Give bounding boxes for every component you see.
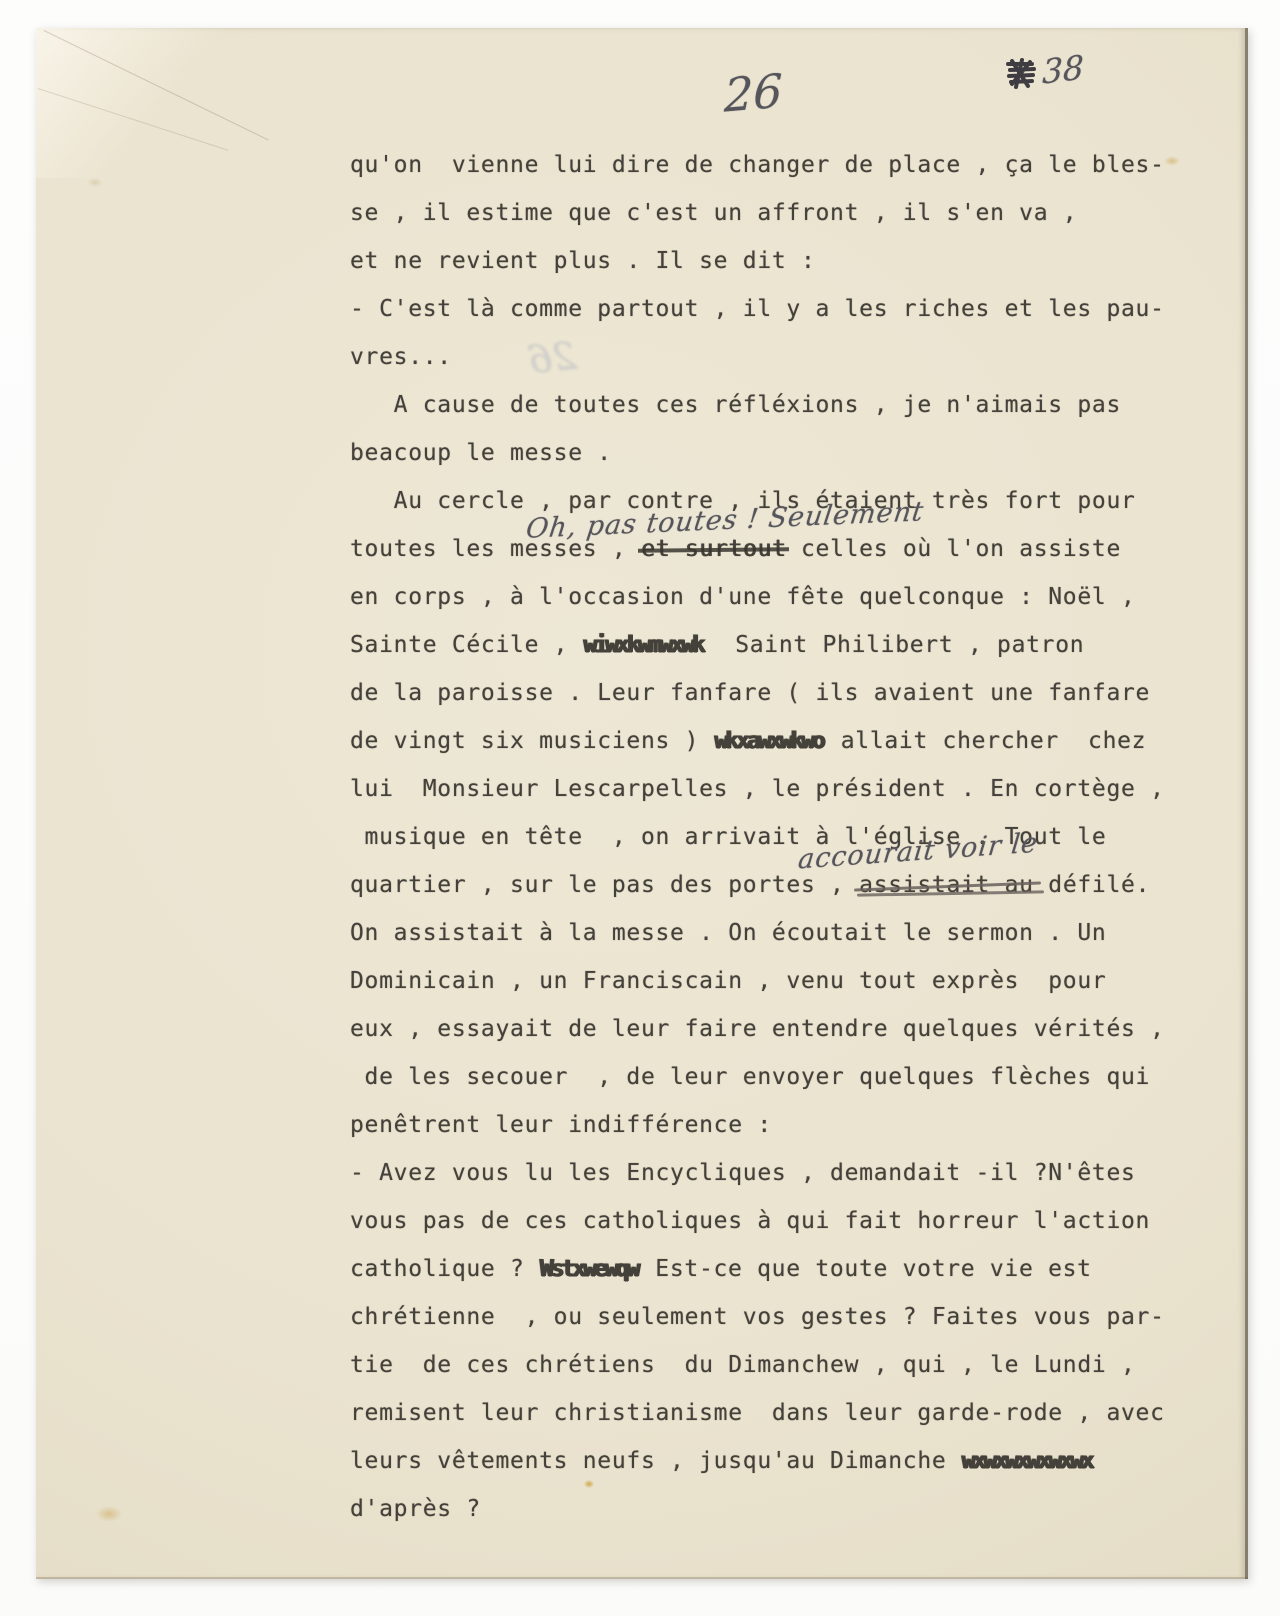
typed-line: remisent leur christianisme dans leur ga… [350, 1400, 1165, 1426]
typed-segment: eux , essayait de leur faire entendre qu… [350, 1016, 1165, 1042]
typed-segment: beacoup le messe . [350, 440, 612, 466]
typed-line: - Avez vous lu les Encycliques , demanda… [350, 1160, 1136, 1186]
typed-segment: leurs vêtements neufs , jusqu'au Dimanch… [350, 1448, 961, 1474]
typed-line: d'après ? [350, 1496, 481, 1522]
typed-segment: en corps , à l'occasion d'une fête quelc… [350, 584, 1136, 610]
typed-line: On assistait à la messe . On écoutait le… [350, 920, 1106, 946]
typed-line: vres... [350, 344, 452, 370]
typed-segment: remisent leur christianisme dans leur ga… [350, 1400, 1165, 1426]
typed-segment: vres... [350, 344, 452, 370]
typed-line: de la paroisse . Leur fanfare ( ils avai… [350, 680, 1150, 706]
typed-line: et ne revient plus . Il se dit : [350, 248, 816, 274]
typed-segment: catholique ? [350, 1256, 539, 1282]
typed-segment: de la paroisse . Leur fanfare ( ils avai… [350, 680, 1150, 706]
typed-segment: d'après ? [350, 1496, 481, 1522]
typed-line: vous pas de ces catholiques à qui fait h… [350, 1208, 1150, 1234]
typed-segment: défilé. [1034, 872, 1150, 898]
typed-line: qu'on vienne lui dire de changer de plac… [350, 152, 1165, 178]
typed-segment: - C'est là comme partout , il y a les ri… [350, 296, 1165, 322]
garble-segment: wiwxkwmwxwk [583, 632, 706, 658]
typed-segment: On assistait à la messe . On écoutait le… [350, 920, 1106, 946]
typed-segment: A cause de toutes ces réfléxions , je n'… [350, 392, 1121, 418]
typed-segment: - Avez vous lu les Encycliques , demanda… [350, 1160, 1136, 1186]
garble-segment: Wstxwewqw [539, 1256, 641, 1282]
typed-line: Sainte Cécile , wiwxkwmwxwk Saint Philib… [350, 632, 1084, 658]
garble-segment: wxwxwxwxwxwx [961, 1448, 1095, 1474]
typed-line: se , il estime que c'est un affront , il… [350, 200, 1077, 226]
typed-segment: tie de ces chrétiens du Dimanchew , qui … [350, 1352, 1136, 1378]
typed-segment: quartier , sur le pas des portes , [350, 872, 859, 898]
typed-segment: de les secouer , de leur envoyer quelque… [350, 1064, 1150, 1090]
typed-segment: Saint Philibert , patron [706, 632, 1084, 658]
typed-line: chrétienne , ou seulement vos gestes ? F… [350, 1304, 1165, 1330]
typed-line: lui Monsieur Lescarpelles , le président… [350, 776, 1165, 802]
typed-line: A cause de toutes ces réfléxions , je n'… [350, 392, 1121, 418]
typestrike-segment: et surtout [641, 536, 786, 562]
typed-line: toutes les messes , et surtout celles où… [350, 536, 1121, 562]
typed-line: catholique ? Wstxwewqw Est-ce que toute … [350, 1256, 1092, 1282]
typed-line: quartier , sur le pas des portes , assis… [350, 872, 1150, 898]
typed-segment: qu'on vienne lui dire de changer de plac… [350, 152, 1165, 178]
typed-line: penêtrent leur indifférence : [350, 1112, 772, 1138]
typed-segment: celles où l'on assiste [786, 536, 1121, 562]
typed-segment: Est-ce que toute votre vie est [641, 1256, 1092, 1282]
typed-segment: penêtrent leur indifférence : [350, 1112, 772, 1138]
typed-segment: vous pas de ces catholiques à qui fait h… [350, 1208, 1150, 1234]
typed-line: de les secouer , de leur envoyer quelque… [350, 1064, 1150, 1090]
garble-segment: wkxawxwkwo [714, 728, 826, 754]
typed-line: leurs vêtements neufs , jusqu'au Dimanch… [350, 1448, 1095, 1474]
typed-segment: Dominicain , un Franciscain , venu tout … [350, 968, 1106, 994]
typed-line: - C'est là comme partout , il y a les ri… [350, 296, 1165, 322]
typed-line: beacoup le messe . [350, 440, 612, 466]
typed-line: de vingt six musiciens ) wkxawxwkwo alla… [350, 728, 1146, 754]
typed-segment: allait chercher chez [826, 728, 1146, 754]
typed-line: Dominicain , un Franciscain , venu tout … [350, 968, 1106, 994]
typed-segment: et ne revient plus . Il se dit : [350, 248, 816, 274]
typed-line: en corps , à l'occasion d'une fête quelc… [350, 584, 1136, 610]
typed-line: eux , essayait de leur faire entendre qu… [350, 1016, 1165, 1042]
typed-segment: chrétienne , ou seulement vos gestes ? F… [350, 1304, 1165, 1330]
typed-segment: de vingt six musiciens ) [350, 728, 714, 754]
typed-text: qu'on vienne lui dire de changer de plac… [0, 0, 1280, 1616]
typed-segment: lui Monsieur Lescarpelles , le président… [350, 776, 1165, 802]
typed-line: tie de ces chrétiens du Dimanchew , qui … [350, 1352, 1136, 1378]
typed-segment: se , il estime que c'est un affront , il… [350, 200, 1077, 226]
typed-segment: Sainte Cécile , [350, 632, 583, 658]
pencilstrike-segment: assistait au [859, 872, 1034, 898]
